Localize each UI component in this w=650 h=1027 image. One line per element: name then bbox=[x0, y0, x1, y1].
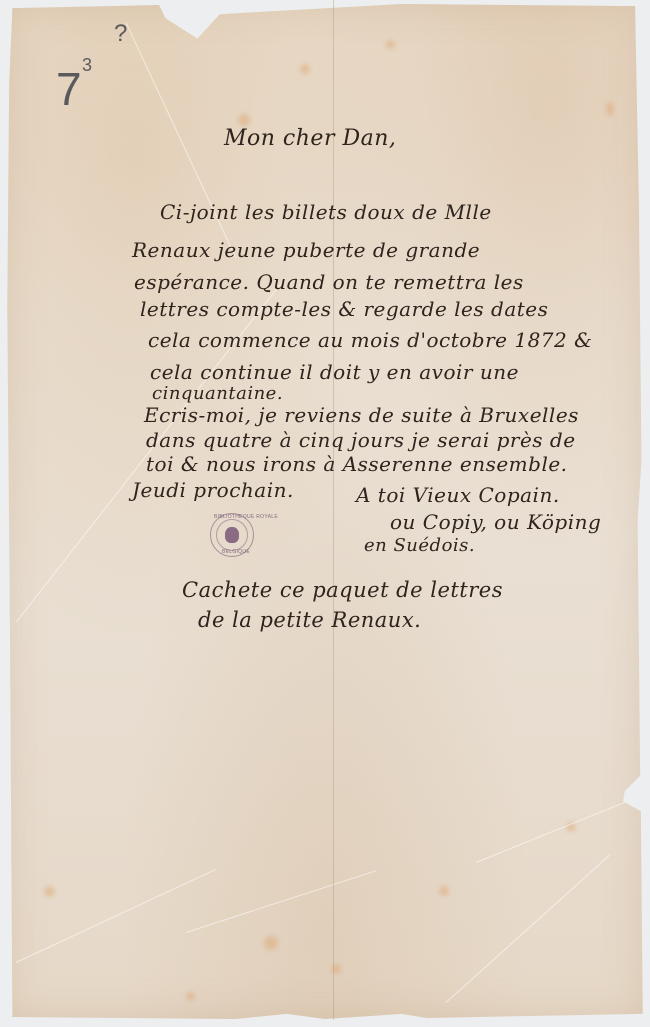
foxing-stain bbox=[606, 102, 614, 116]
letter-body-line: cela continue il doit y en avoir une bbox=[150, 360, 519, 384]
letter-postscript-line: de la petite Renaux. bbox=[198, 608, 421, 632]
foxing-stain bbox=[439, 886, 449, 896]
letter-closing-line: ou Copiy, ou Köping bbox=[390, 510, 601, 534]
letter-body-line: Ci-joint les billets doux de Mlle bbox=[160, 200, 492, 224]
foxing-stain bbox=[238, 114, 250, 126]
letter-closing-line: en Suédois. bbox=[364, 535, 475, 556]
foxing-stain bbox=[186, 992, 195, 1001]
pencil-question-mark: ? bbox=[114, 20, 127, 48]
document-page: 7 3 ? Mon cher Dan, Ci-joint les billets… bbox=[0, 0, 650, 1027]
foxing-stain bbox=[300, 64, 310, 74]
letter-body-line: lettres compte-les & regarde les dates bbox=[140, 297, 548, 321]
foxing-stain bbox=[44, 886, 55, 897]
foxing-stain bbox=[264, 936, 278, 950]
letter-body-line: cinquantaine. bbox=[152, 383, 283, 404]
letter-body-line: Jeudi prochain. bbox=[132, 478, 294, 502]
foxing-stain bbox=[386, 40, 395, 49]
paper-crease bbox=[476, 795, 643, 863]
letter-salutation: Mon cher Dan, bbox=[224, 126, 396, 151]
library-stamp-text-bottom: BELGIQUE bbox=[222, 549, 250, 555]
paper-crease bbox=[186, 870, 377, 933]
letter-body-line: dans quatre à cinq jours je serai près d… bbox=[146, 428, 576, 452]
library-stamp-text-top: BIBLIOTHEQUE ROYALE bbox=[214, 514, 278, 520]
pencil-folio-superscript: 3 bbox=[82, 55, 92, 76]
letter-body-line: cela commence au mois d'octobre 1872 & bbox=[148, 328, 592, 352]
letter-body-line: toi & nous irons à Asserenne ensemble. bbox=[146, 452, 568, 476]
letter-body-line: espérance. Quand on te remettra les bbox=[134, 270, 524, 294]
center-fold-line bbox=[333, 0, 334, 1020]
letter-postscript-line: Cachete ce paquet de lettres bbox=[182, 578, 503, 602]
paper-crease bbox=[16, 869, 216, 963]
paper-crease bbox=[446, 855, 610, 1003]
letter-closing-line: A toi Vieux Copain. bbox=[356, 483, 560, 507]
letter-body-line: Ecris-moi, je reviens de suite à Bruxell… bbox=[144, 403, 579, 427]
library-stamp-ring bbox=[216, 519, 248, 551]
letter-body-line: Renaux jeune puberte de grande bbox=[132, 238, 480, 262]
coat-of-arms-icon bbox=[225, 527, 239, 543]
pencil-folio-number: 7 bbox=[56, 62, 82, 116]
